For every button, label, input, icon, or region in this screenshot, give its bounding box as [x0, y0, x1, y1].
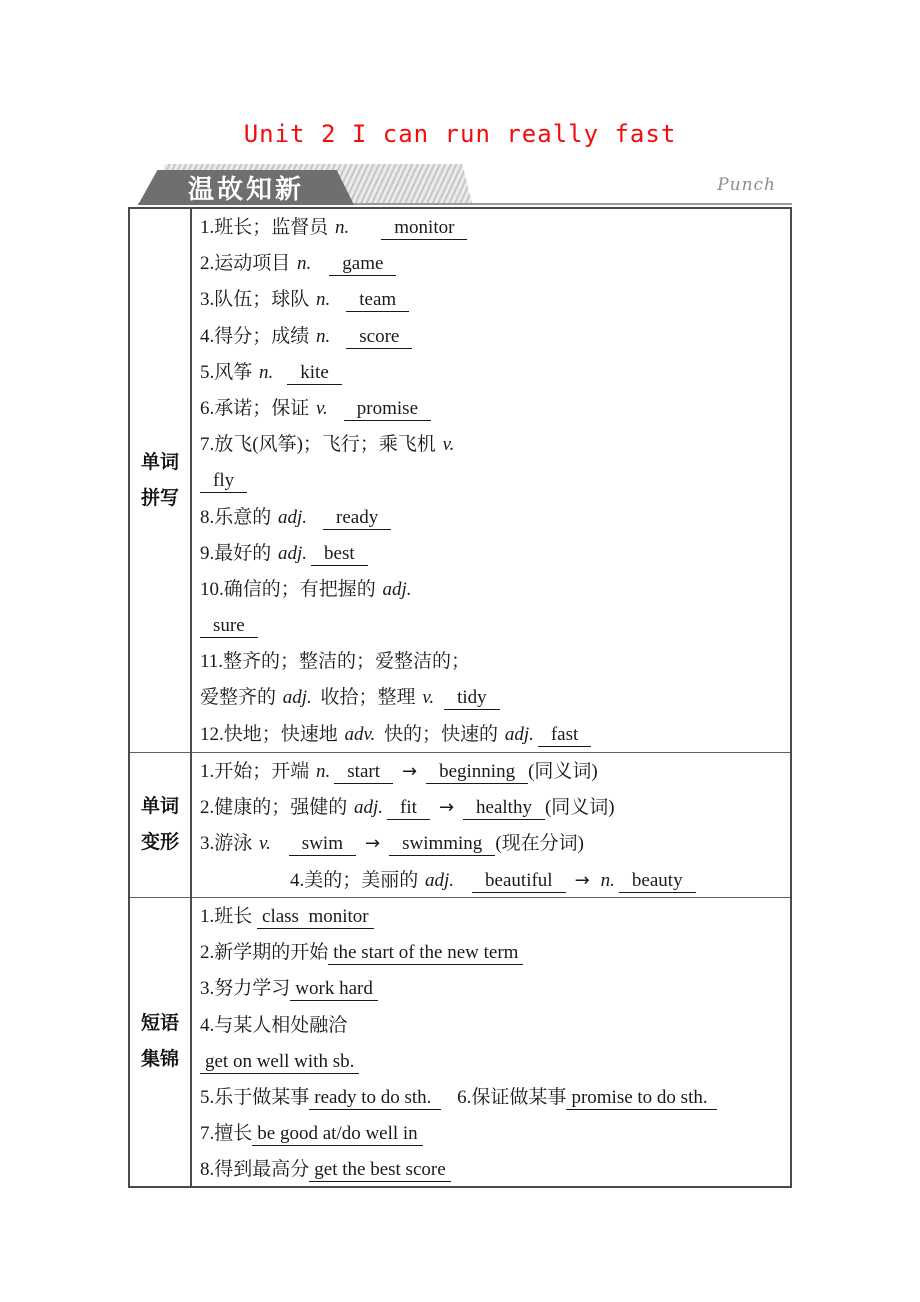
- spacer: [315, 268, 329, 269]
- text-run: 10.确信的；有把握的: [200, 579, 381, 600]
- entry-line: 12.快地；快速地 adv. 快的；快速的 adj.fast: [200, 717, 786, 752]
- text-run: 12.快地；快速地: [200, 724, 343, 745]
- entry-line: 2.新学期的开始the start of the new term: [200, 935, 786, 971]
- answer-blank: start: [334, 761, 393, 784]
- answer-blank: ready to do sth.: [309, 1087, 441, 1110]
- answer-blank: get the best score: [309, 1159, 450, 1182]
- entry-line: 6.承诺；保证 v.promise: [200, 391, 786, 427]
- answer-blank: fly: [200, 470, 247, 493]
- text-run: 7.擅长: [200, 1123, 252, 1144]
- text-run: 4.美的；美丽的: [290, 870, 423, 891]
- entry-line: 2.运动项目 n.game: [200, 246, 786, 282]
- entry-line: 5.风筝 n.kite: [200, 355, 786, 391]
- answer-blank: monitor: [381, 217, 467, 240]
- entry-line: 4.与某人相处融洽: [200, 1008, 786, 1044]
- entry-line: 8.得到最高分get the best score: [200, 1152, 786, 1186]
- worksheet-page: Unit 2 I can run really fast 温故知新 Punch …: [0, 0, 920, 1302]
- pos-tag: n.: [259, 362, 273, 383]
- arrow-icon: →: [365, 833, 380, 854]
- pos-tag: adj.: [278, 507, 307, 528]
- pos-tag: n.: [335, 217, 349, 238]
- pos-tag: n.: [316, 761, 330, 782]
- pos-tag: n.: [601, 870, 615, 891]
- section-label-line: 单词: [141, 789, 179, 825]
- pos-tag: v.: [443, 434, 455, 455]
- section-label-line: 集锦: [141, 1042, 179, 1078]
- entry-line: 8.乐意的 adj.ready: [200, 500, 786, 536]
- answer-blank: work hard: [290, 978, 378, 1001]
- spacer: [332, 413, 344, 414]
- section-label-line: 变形: [141, 825, 179, 861]
- pos-tag: n.: [316, 289, 330, 310]
- pos-tag: adj.: [505, 724, 534, 745]
- pos-tag: adj.: [354, 797, 383, 818]
- answer-blank: the start of the new term: [328, 942, 523, 965]
- answer-blank: beauty: [619, 870, 696, 893]
- entry-line: 10.确信的；有把握的 adj.: [200, 572, 786, 608]
- answer-blank: be good at/do well in: [252, 1123, 422, 1146]
- text-run: 1.开始；开端: [200, 761, 314, 782]
- text-run: 6.承诺；保证: [200, 398, 314, 419]
- answer-blank: game: [329, 253, 396, 276]
- arrow-icon: →: [439, 797, 454, 818]
- answer-blank: beautiful: [472, 870, 566, 893]
- spacer: [311, 522, 323, 523]
- text-run: 5.风筝: [200, 362, 257, 383]
- text-run: 7.放飞(风筝)；飞行；乘飞机: [200, 434, 441, 455]
- entry-line: 7.擅长be good at/do well in: [200, 1116, 786, 1152]
- pos-tag: v.: [316, 398, 328, 419]
- text-run: 4.与某人相处融洽: [200, 1015, 347, 1036]
- entry-line: 7.放飞(风筝)；飞行；乘飞机 v.: [200, 427, 786, 463]
- entry-line: 1.班长；监督员 n.monitor: [200, 210, 786, 246]
- text-run: 2.运动项目: [200, 253, 295, 274]
- text-run: 3.努力学习: [200, 978, 290, 999]
- entry-line: 爱整齐的 adj. 收拾；整理 v.tidy: [200, 680, 786, 716]
- text-run: 收拾；整理: [316, 687, 421, 708]
- entry-line: 4.美的；美丽的 adj.beautiful→n.beauty: [200, 863, 786, 897]
- page-title: Unit 2 I can run really fast: [0, 120, 920, 148]
- entry-line: 9.最好的 adj.best: [200, 536, 786, 572]
- entry-line: 11.整齐的；整洁的；爱整洁的；: [200, 644, 786, 680]
- text-run: 11.整齐的；整洁的；爱整洁的；: [200, 651, 470, 672]
- answer-blank: best: [311, 543, 368, 566]
- answer-blank: ready: [323, 507, 391, 530]
- answer-blank: fit: [387, 797, 430, 820]
- entry-line: fly: [200, 463, 786, 499]
- pos-tag: n.: [297, 253, 311, 274]
- review-table: 单词拼写1.班长；监督员 n.monitor2.运动项目 n.game3.队伍；…: [128, 207, 792, 1188]
- text-run: 1.班长: [200, 906, 257, 927]
- arrow-icon: →: [402, 761, 417, 782]
- entry-line: get on well with sb.: [200, 1044, 786, 1080]
- entry-line: 5.乐于做某事ready to do sth. 6.保证做某事promise t…: [200, 1080, 786, 1116]
- banner-tab: 温故知新: [138, 170, 354, 205]
- section-content: 1.班长 class monitor2.新学期的开始the start of t…: [192, 897, 790, 1186]
- pos-tag: v.: [422, 687, 434, 708]
- entry-line: sure: [200, 608, 786, 644]
- answer-blank: healthy: [463, 797, 545, 820]
- pos-tag: adv.: [345, 724, 376, 745]
- section-label: 单词拼写: [130, 209, 192, 752]
- spacer: [441, 1102, 457, 1103]
- spacer: [458, 885, 472, 886]
- answer-blank: score: [346, 326, 412, 349]
- entry-line: 4.得分；成绩 n.score: [200, 319, 786, 355]
- entry-line: 1.开始；开端 n.start→beginning(同义词): [200, 754, 786, 790]
- text-run: 4.得分；成绩: [200, 326, 314, 347]
- pos-tag: adj.: [383, 579, 412, 600]
- answer-blank: beginning: [426, 761, 528, 784]
- entry-line: 1.班长 class monitor: [200, 899, 786, 935]
- answer-blank: class monitor: [257, 906, 374, 929]
- text-run: 9.最好的: [200, 543, 276, 564]
- text-run: 2.新学期的开始: [200, 942, 328, 963]
- answer-blank: team: [346, 289, 409, 312]
- pos-tag: adj.: [283, 687, 312, 708]
- answer-blank: tidy: [444, 687, 500, 710]
- answer-blank: kite: [287, 362, 342, 385]
- answer-blank: get on well with sb.: [200, 1051, 359, 1074]
- section-content: 1.班长；监督员 n.monitor2.运动项目 n.game3.队伍；球队 n…: [192, 209, 790, 752]
- text-run: 2.健康的；强健的: [200, 797, 352, 818]
- text-run: (现在分词): [495, 833, 584, 854]
- text-run: (同义词): [528, 761, 598, 782]
- banner-label: 温故知新: [188, 169, 304, 206]
- answer-blank: sure: [200, 615, 258, 638]
- entry-line: 2.健康的；强健的 adj.fit→healthy(同义词): [200, 790, 786, 826]
- text-run: 快的；快速的: [379, 724, 503, 745]
- section-banner: 温故知新 Punch: [136, 163, 794, 209]
- entry-line: 3.游泳 v.swim→swimming(现在分词): [200, 826, 786, 862]
- answer-blank: promise: [344, 398, 431, 421]
- text-run: (同义词): [545, 797, 615, 818]
- entry-line: 3.队伍；球队 n.team: [200, 282, 786, 318]
- section-label-line: 拼写: [141, 481, 179, 517]
- section-label-line: 单词: [141, 445, 179, 481]
- entry-line: 3.努力学习work hard: [200, 971, 786, 1007]
- spacer: [275, 848, 289, 849]
- answer-blank: swim: [289, 833, 356, 856]
- pos-tag: adj.: [278, 543, 307, 564]
- section-label: 短语集锦: [130, 897, 192, 1186]
- answer-blank: promise to do sth.: [566, 1087, 717, 1110]
- answer-blank: fast: [538, 724, 591, 747]
- pos-tag: v.: [259, 833, 271, 854]
- text-run: 6.保证做某事: [457, 1087, 566, 1108]
- spacer: [334, 341, 346, 342]
- arrow-icon: →: [575, 870, 590, 891]
- text-run: 爱整齐的: [200, 687, 281, 708]
- pos-tag: n.: [316, 326, 330, 347]
- answer-blank: swimming: [389, 833, 495, 856]
- section-label-line: 短语: [141, 1006, 179, 1042]
- spacer: [353, 232, 381, 233]
- spacer: [334, 304, 346, 305]
- spacer: [277, 377, 287, 378]
- text-run: 1.班长；监督员: [200, 217, 333, 238]
- text-run: 8.乐意的: [200, 507, 276, 528]
- text-run: 8.得到最高分: [200, 1159, 309, 1180]
- section-content: 1.开始；开端 n.start→beginning(同义词)2.健康的；强健的 …: [192, 752, 790, 897]
- pos-tag: adj.: [425, 870, 454, 891]
- text-run: 3.队伍；球队: [200, 289, 314, 310]
- brand-watermark: Punch: [717, 175, 776, 195]
- section-label: 单词变形: [130, 752, 192, 897]
- text-run: 5.乐于做某事: [200, 1087, 309, 1108]
- text-run: 3.游泳: [200, 833, 257, 854]
